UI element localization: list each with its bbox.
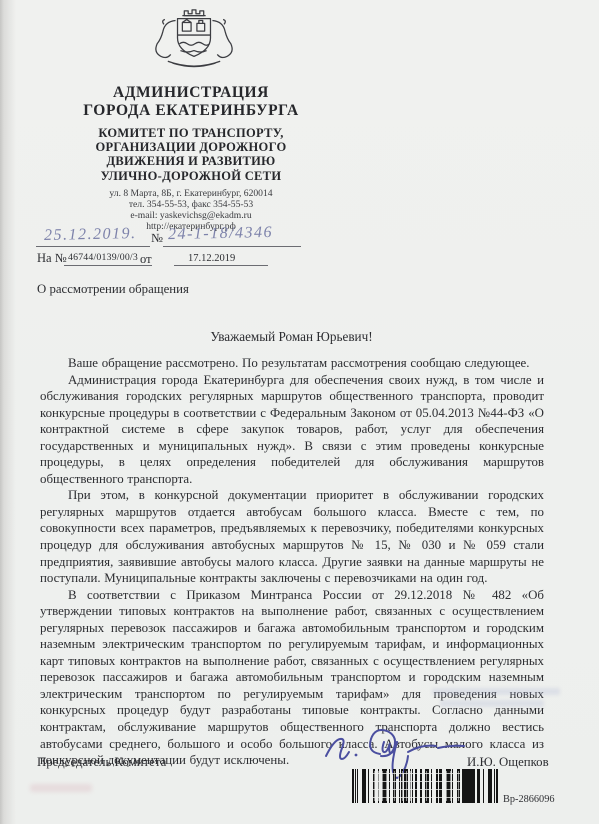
yekaterinburg-coat-of-arms-icon	[140, 5, 248, 69]
committee-name: КОМИТЕТ ПО ТРАНСПОРТУ, ОРГАНИЗАЦИИ ДОРОЖ…	[28, 126, 354, 183]
committee-line: УЛИЧНО-ДОРОЖНОЙ СЕТИ	[28, 169, 354, 183]
paragraph: Администрация города Екатеринбурга для о…	[40, 372, 544, 488]
paragraph: При этом, в конкурсной документации прио…	[40, 487, 544, 586]
from-label: от	[140, 252, 152, 267]
number-sign: №	[151, 231, 163, 246]
number-underline	[163, 228, 301, 247]
reply-number-underline	[64, 250, 152, 266]
reply-date-underline	[174, 250, 268, 266]
org-name-line2: ГОРОДА ЕКАТЕРИНБУРГА	[28, 102, 354, 120]
letterhead: АДМИНИСТРАЦИЯ ГОРОДА ЕКАТЕРИНБУРГА КОМИТ…	[28, 84, 354, 233]
committee-line: КОМИТЕТ ПО ТРАНСПОРТУ,	[28, 126, 354, 140]
committee-line: ДВИЖЕНИЯ И РАЗВИТИЮ	[28, 154, 354, 168]
org-name-line1: АДМИНИСТРАЦИЯ	[28, 84, 354, 102]
paragraph: Ваше обращение рассмотрено. По результат…	[40, 355, 544, 372]
salutation: Уважаемый Роман Юрьевич!	[40, 329, 543, 345]
signer-name: И.Ю. Ощепков	[467, 755, 549, 770]
postal-address: ул. 8 Марта, 8Б, г. Екатеринбург, 620014	[28, 188, 354, 199]
scanned-letter-page: АДМИНИСТРАЦИЯ ГОРОДА ЕКАТЕРИНБУРГА КОМИТ…	[0, 0, 599, 824]
ink-bleed-artifact	[432, 688, 560, 695]
subject-line: О рассмотрении обращения	[37, 282, 189, 297]
signer-position: Председатель Комитета	[37, 755, 166, 770]
reply-to-label: На №	[37, 251, 67, 266]
registration-barcode	[352, 769, 498, 803]
ink-bleed-artifact	[440, 700, 544, 707]
date-underline	[36, 228, 150, 247]
committee-line: ОРГАНИЗАЦИИ ДОРОЖНОГО	[28, 140, 354, 154]
scan-smudge-artifact	[30, 784, 92, 792]
email: e-mail: yaskevichsg@ekadm.ru	[28, 210, 354, 221]
barcode-label: Вр-2866096	[503, 794, 554, 805]
phone-fax: тел. 354-55-53, факс 354-55-53	[28, 199, 354, 210]
